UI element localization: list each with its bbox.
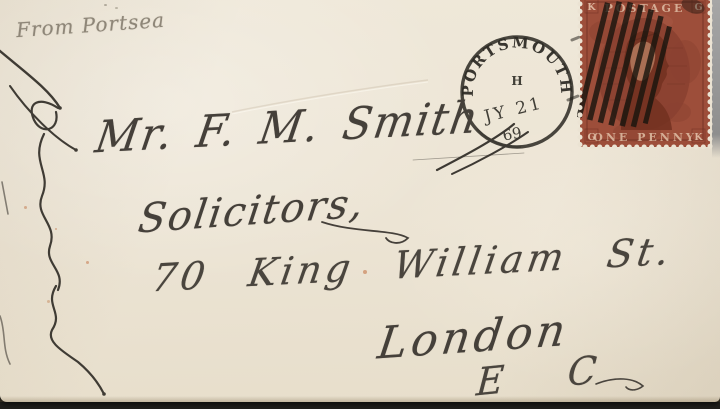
envelope-bottom-shadow [0,396,720,402]
solicitors-flourish [322,222,408,243]
stamp-corner-letter-br: K [694,132,703,143]
stamp-one-penny-label: ONE PENNY [593,131,696,144]
stamp-corner-letter-tl: K [587,2,596,13]
vertical-handwriting [0,46,106,396]
smith-ascender-strokes [413,124,528,174]
penny-red-stamp: POSTAGE ONE PENNY K G G K [577,0,713,150]
stamp-corner-letter-bl: G [587,132,595,143]
envelope-scan: PORTSMOUTH H JY 21 69 From Portsea Mr. F… [0,0,720,409]
paper-crease [232,80,428,114]
ec-flourish [596,379,643,390]
